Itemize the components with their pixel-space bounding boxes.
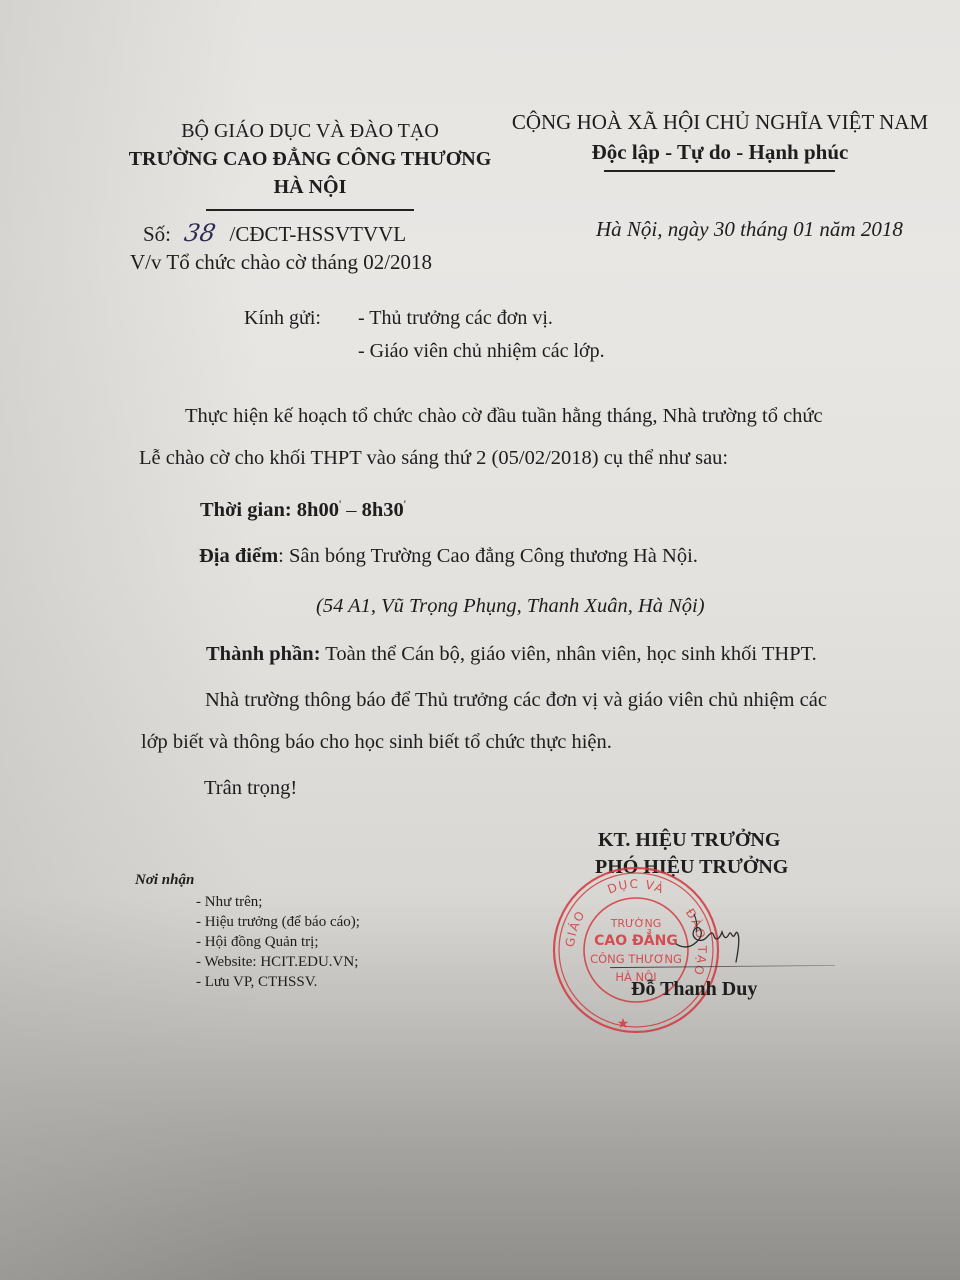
location-value: : Sân bóng Trường Cao đẳng Công thương H… (278, 545, 698, 567)
number-prefix: Số: (143, 222, 171, 246)
svg-text:BỘ GIÁO: BỘ GIÁO (551, 865, 588, 948)
location-address: (54 A1, Vũ Trọng Phụng, Thanh Xuân, Hà N… (316, 595, 705, 618)
intro-line-1: Thực hiện kế hoạch tổ chức chào cờ đầu t… (185, 405, 823, 428)
time-row: Thời gian: 8h00' – 8h30' (200, 497, 406, 522)
nation-name: CỘNG HOÀ XÃ HỘI CHỦ NGHĨA VIỆT NAM (490, 107, 950, 137)
participants-row: Thành phần: Toàn thể Cán bộ, giáo viên, … (206, 643, 817, 666)
location-label: Địa điểm (199, 545, 278, 567)
issuer-header: BỘ GIÁO DỤC VÀ ĐÀO TẠO TRƯỜNG CAO ĐẲNG C… (80, 117, 540, 211)
document-subject: V/v Tổ chức chào cờ tháng 02/2018 (130, 250, 432, 275)
school-name-line2: HÀ NỘI (80, 173, 540, 201)
header-underline (206, 209, 414, 211)
closing-line-2: lớp biết và thông báo cho học sinh biết … (141, 731, 612, 754)
national-motto: Độc lập - Tự do - Hạnh phúc (490, 137, 950, 167)
time-end: 8h30 (362, 499, 404, 521)
minute-mark: ' (404, 497, 406, 511)
recipients-label: Nơi nhận (135, 872, 194, 889)
participants-value: Toàn thể Cán bộ, giáo viên, nhân viên, h… (321, 643, 817, 665)
school-name-line1: TRƯỜNG CAO ĐẲNG CÔNG THƯƠNG (80, 145, 540, 173)
signature-title-1: KT. HIỆU TRƯỞNG (598, 829, 780, 852)
participants-label: Thành phần: (206, 643, 321, 665)
regards: Trân trọng! (204, 777, 297, 800)
recipient-item: - Lưu VP, CTHSSV. (196, 972, 317, 992)
recipient-item: - Hội đồng Quản trị; (196, 932, 318, 952)
time-start: 8h00 (297, 499, 339, 521)
intro-line-2: Lễ chào cờ cho khối THPT vào sáng thứ 2 … (139, 447, 728, 470)
addressee-item: - Giáo viên chủ nhiệm các lớp. (358, 340, 605, 363)
signer-name: Đỗ Thanh Duy (631, 978, 757, 1001)
time-label: Thời gian: (200, 499, 292, 521)
stamp-star-icon: ★ (617, 1016, 630, 1032)
closing-line-1: Nhà trường thông báo để Thủ trưởng các đ… (205, 689, 827, 712)
recipient-item: - Hiệu trưởng (để báo cáo); (196, 912, 360, 932)
stamp-center-1: TRƯỜNG (610, 917, 662, 930)
number-code: /CĐCT-HSSVTVVL (230, 222, 407, 246)
issue-date: Hà Nội, ngày 30 tháng 01 năm 2018 (596, 217, 903, 242)
stamp-ring-left: BỘ GIÁO (551, 865, 588, 948)
recipient-item: - Như trên; (196, 892, 262, 912)
handwritten-number: 38 (174, 219, 227, 247)
stamp-center-2: CAO ĐẲNG (594, 929, 678, 949)
motto-underline (604, 170, 835, 172)
addressee-item: - Thủ trưởng các đơn vị. (358, 307, 553, 330)
stamp-ring-top: DỤC VÀ (605, 877, 666, 897)
addressee-label: Kính gửi: (244, 307, 321, 330)
svg-text:DỤC VÀ: DỤC VÀ (605, 877, 666, 897)
location-row: Địa điểm: Sân bóng Trường Cao đẳng Công … (199, 545, 698, 568)
handwritten-signature (676, 908, 766, 968)
recipient-item: - Website: HCIT.EDU.VN; (196, 952, 358, 972)
ministry-name: BỘ GIÁO DỤC VÀ ĐÀO TẠO (80, 117, 540, 145)
document-number: Số: 38 /CĐCT-HSSVTVVL (143, 219, 406, 247)
national-header: CỘNG HOÀ XÃ HỘI CHỦ NGHĨA VIỆT NAM Độc l… (490, 107, 950, 167)
stamp-center-3: CÔNG THƯƠNG (590, 951, 682, 966)
time-separator: – (341, 499, 362, 521)
